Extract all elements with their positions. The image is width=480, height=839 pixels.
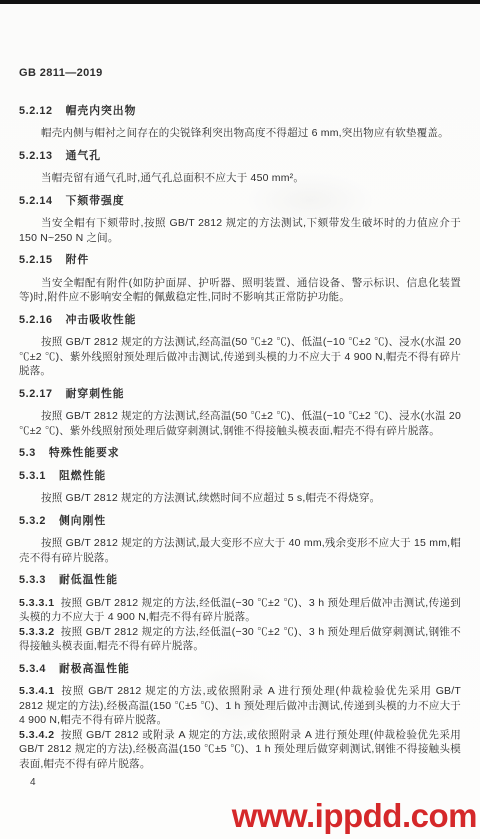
- section-heading: 5.2.13通气孔: [19, 149, 461, 164]
- section-title: 附件: [66, 254, 90, 266]
- section-title: 下颏带强度: [66, 195, 125, 207]
- section-number: 5.3: [19, 447, 36, 459]
- section-title: 阻燃性能: [59, 470, 106, 482]
- section-number: 5.2.12: [19, 105, 53, 117]
- body-paragraph: 当安全帽有下颏带时,按照 GB/T 2812 规定的方法测试,下颏带发生破坏时的…: [19, 216, 461, 245]
- section-heading: 5.3特殊性能要求: [19, 446, 461, 461]
- section-number: 5.2.17: [19, 388, 53, 400]
- section-title: 耐极高温性能: [59, 663, 130, 675]
- clause-text: 按照 GB/T 2812 或附录 A 规定的方法,或依照附录 A 进行预处理(仲…: [19, 729, 461, 770]
- numbered-clause: 5.3.4.1按照 GB/T 2812 规定的方法,或依照附录 A 进行预处理(…: [19, 684, 461, 728]
- section-number: 5.2.14: [19, 195, 53, 207]
- section-heading: 5.2.12帽壳内突出物: [19, 104, 461, 119]
- body-paragraph: 按照 GB/T 2812 规定的方法测试,经高温(50 ℃±2 ℃)、低温(−1…: [19, 409, 461, 438]
- clause-number: 5.3.4.2: [19, 729, 55, 741]
- page-number: 4: [30, 777, 36, 788]
- section-number: 5.3.3: [19, 574, 46, 586]
- scan-top-edge: [0, 0, 480, 4]
- clause-number: 5.3.3.2: [19, 626, 55, 638]
- section-heading: 5.3.1阻燃性能: [19, 469, 461, 484]
- clause-text: 按照 GB/T 2812 规定的方法,或依照附录 A 进行预处理(仲裁检验优先采…: [19, 685, 461, 726]
- section-title: 特殊性能要求: [49, 447, 120, 459]
- section-number: 5.3.2: [19, 515, 46, 527]
- section-title: 冲击吸收性能: [66, 314, 137, 326]
- body-paragraph: 按照 GB/T 2812 规定的方法测试,经高温(50 ℃±2 ℃)、低温(−1…: [19, 335, 461, 379]
- section-heading: 5.2.15附件: [19, 253, 461, 268]
- body-paragraph: 按照 GB/T 2812 规定的方法测试,续燃时间不应超过 5 s,帽壳不得烧穿…: [19, 491, 461, 506]
- numbered-clause: 5.3.3.2按照 GB/T 2812 规定的方法,经低温(−30 ℃±2 ℃)…: [19, 625, 461, 654]
- section-number: 5.2.13: [19, 150, 53, 162]
- section-number: 5.3.4: [19, 663, 46, 675]
- section-heading: 5.2.16冲击吸收性能: [19, 313, 461, 328]
- section-title: 通气孔: [66, 150, 101, 162]
- document-body: GB 2811—2019 5.2.12帽壳内突出物帽壳内侧与帽衬之间存在的尖锐锋…: [0, 0, 480, 771]
- section-title: 侧向刚性: [59, 515, 106, 527]
- section-number: 5.3.1: [19, 470, 46, 482]
- clause-text: 按照 GB/T 2812 规定的方法,经低温(−30 ℃±2 ℃)、3 h 预处…: [19, 597, 461, 624]
- section-number: 5.2.15: [19, 254, 53, 266]
- section-heading: 5.2.14下颏带强度: [19, 194, 461, 209]
- section-number: 5.2.16: [19, 314, 53, 326]
- numbered-clause: 5.3.4.2按照 GB/T 2812 或附录 A 规定的方法,或依照附录 A …: [19, 728, 461, 772]
- document-page: GB 2811—2019 5.2.12帽壳内突出物帽壳内侧与帽衬之间存在的尖锐锋…: [0, 0, 480, 839]
- site-watermark: www.ippdd.com: [232, 797, 477, 835]
- body-paragraph: 按照 GB/T 2812 规定的方法测试,最大变形不应大于 40 mm,残余变形…: [19, 536, 461, 565]
- section-title: 帽壳内突出物: [66, 105, 137, 117]
- clause-number: 5.3.3.1: [19, 597, 55, 609]
- body-paragraph: 当安全帽配有附件(如防护面屏、护听器、照明装置、通信设备、警示标识、信息化装置等…: [19, 276, 461, 305]
- body-paragraph: 帽壳内侧与帽衬之间存在的尖锐锋利突出物高度不得超过 6 mm,突出物应有软垫覆盖…: [19, 126, 461, 141]
- section-heading: 5.3.4耐极高温性能: [19, 662, 461, 677]
- standard-code-header: GB 2811—2019: [19, 66, 461, 81]
- clause-number: 5.3.4.1: [19, 685, 55, 697]
- section-heading: 5.3.3耐低温性能: [19, 573, 461, 588]
- body-paragraph: 当帽壳留有通气孔时,通气孔总面积不应大于 450 mm²。: [19, 171, 461, 186]
- section-heading: 5.3.2侧向刚性: [19, 514, 461, 529]
- clause-text: 按照 GB/T 2812 规定的方法,经低温(−30 ℃±2 ℃)、3 h 预处…: [19, 626, 461, 653]
- section-title: 耐穿刺性能: [66, 388, 125, 400]
- section-title: 耐低温性能: [59, 574, 118, 586]
- numbered-clause: 5.3.3.1按照 GB/T 2812 规定的方法,经低温(−30 ℃±2 ℃)…: [19, 596, 461, 625]
- section-heading: 5.2.17耐穿刺性能: [19, 387, 461, 402]
